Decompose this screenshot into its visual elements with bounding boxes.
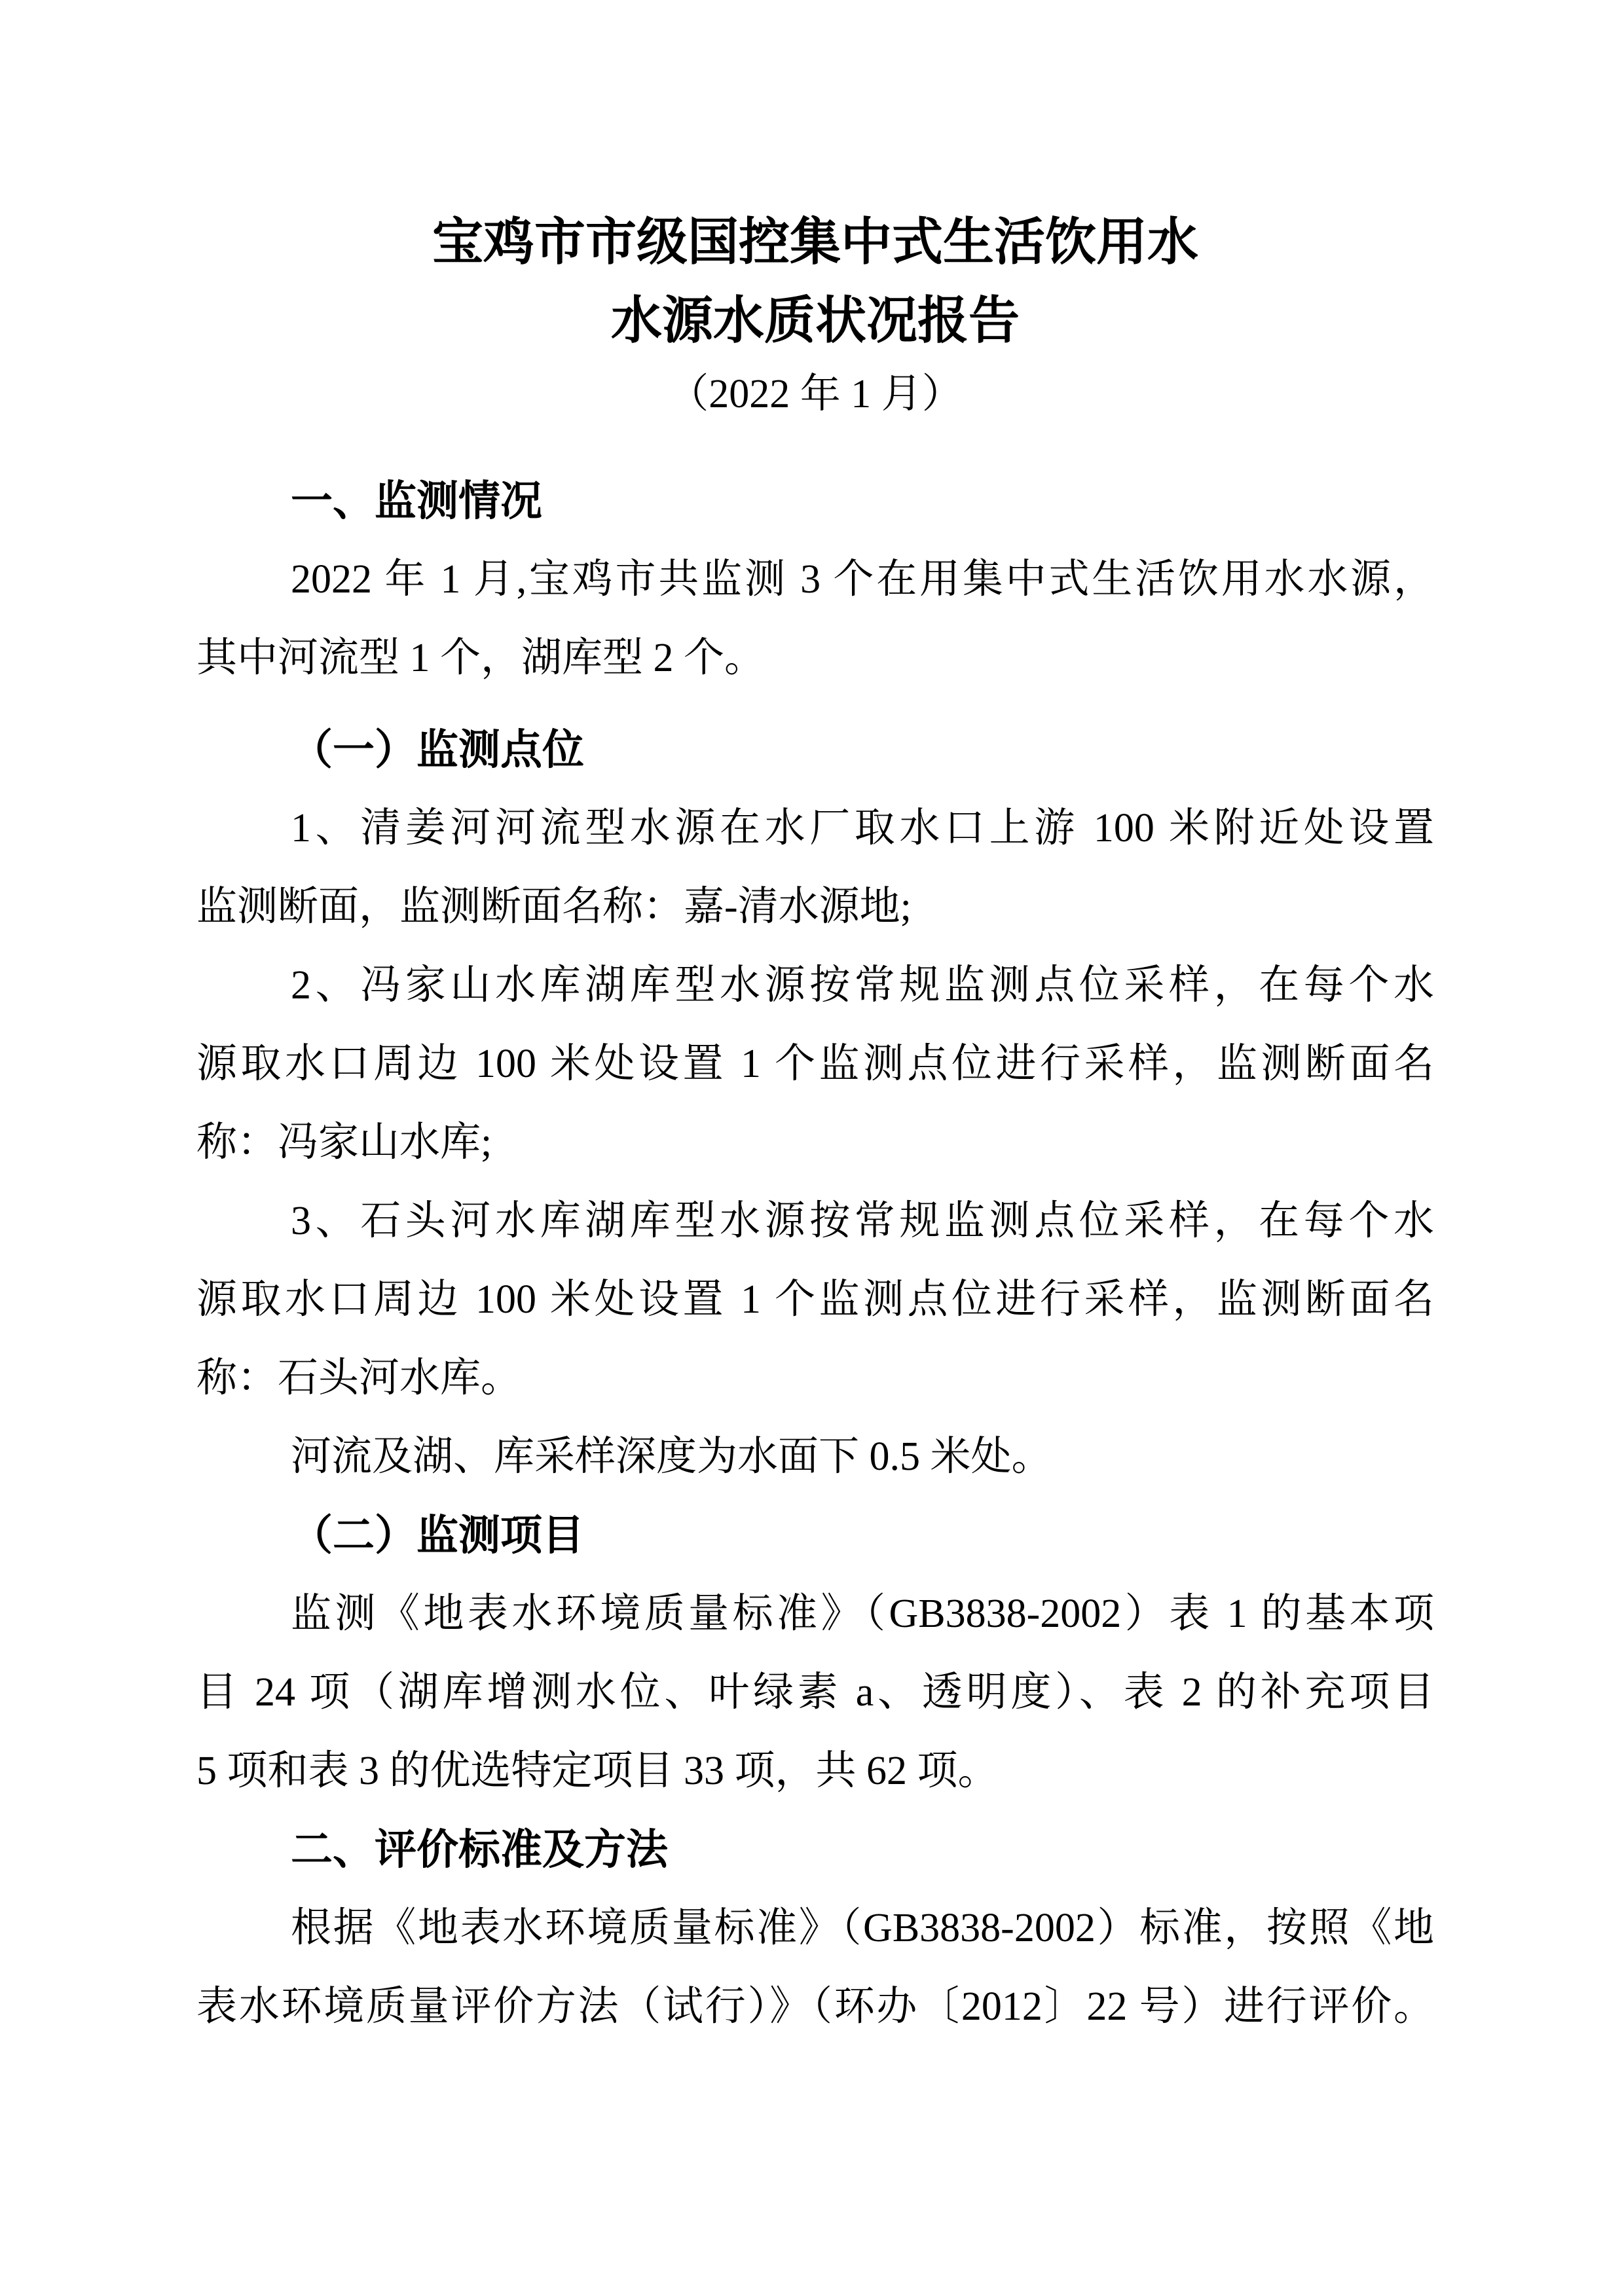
document-page: 宝鸡市市级国控集中式生活饮用水 水源水质状况报告 （2022 年 1 月） 一、… bbox=[0, 0, 1624, 2296]
paragraph-line: 1、清姜河河流型水源在水厂取水口上游 100 米附近处设置 bbox=[196, 789, 1434, 867]
paragraph-line: 2、冯家山水库湖库型水源按常规监测点位采样，在每个水 bbox=[196, 946, 1434, 1025]
section-heading-evaluation-standard: 二、评价标准及方法 bbox=[196, 1810, 1434, 1889]
subsection-heading-monitoring-items: （二）监测项目 bbox=[196, 1496, 1434, 1575]
section-heading-monitoring-status: 一、监测情况 bbox=[196, 462, 1434, 540]
paragraph-line: 目 24 项（湖库增测水位、叶绿素 a、透明度）、表 2 的补充项目 bbox=[196, 1653, 1434, 1732]
paragraph-line: 称：石头河水库。 bbox=[196, 1339, 1434, 1417]
report-date: （2022 年 1 月） bbox=[196, 360, 1434, 429]
paragraph-line: 5 项和表 3 的优选特定项目 33 项，共 62 项。 bbox=[196, 1732, 1434, 1810]
paragraph-line: 称：冯家山水库; bbox=[196, 1103, 1434, 1182]
subsection-heading-monitoring-points: （一）监测点位 bbox=[196, 710, 1434, 789]
paragraph-line: 河流及湖、库采样深度为水面下 0.5 米处。 bbox=[196, 1417, 1434, 1496]
paragraph-line: 其中河流型 1 个，湖库型 2 个。 bbox=[196, 619, 1434, 697]
paragraph-line: 监测断面，监测断面名称：嘉-清水源地; bbox=[196, 867, 1434, 946]
paragraph-line: 根据《地表水环境质量标准》（GB3838-2002）标准，按照《地 bbox=[196, 1889, 1434, 1967]
paragraph-line: 3、石头河水库湖库型水源按常规监测点位采样，在每个水 bbox=[196, 1182, 1434, 1260]
report-title-line1: 宝鸡市市级国控集中式生活饮用水 bbox=[196, 203, 1434, 282]
report-title-line2: 水源水质状况报告 bbox=[196, 282, 1434, 360]
paragraph-line: 源取水口周边 100 米处设置 1 个监测点位进行采样，监测断面名 bbox=[196, 1025, 1434, 1103]
paragraph-line: 2022 年 1 月,宝鸡市共监测 3 个在用集中式生活饮用水水源， bbox=[196, 540, 1434, 619]
paragraph-line: 源取水口周边 100 米处设置 1 个监测点位进行采样，监测断面名 bbox=[196, 1260, 1434, 1339]
document-content: 宝鸡市市级国控集中式生活饮用水 水源水质状况报告 （2022 年 1 月） 一、… bbox=[0, 0, 1624, 2046]
paragraph-line: 表水环境质量评价方法（试行）》（环办〔2012〕22 号）进行评价。 bbox=[196, 1967, 1434, 2046]
paragraph-line: 监测《地表水环境质量标准》（GB3838-2002）表 1 的基本项 bbox=[196, 1575, 1434, 1653]
